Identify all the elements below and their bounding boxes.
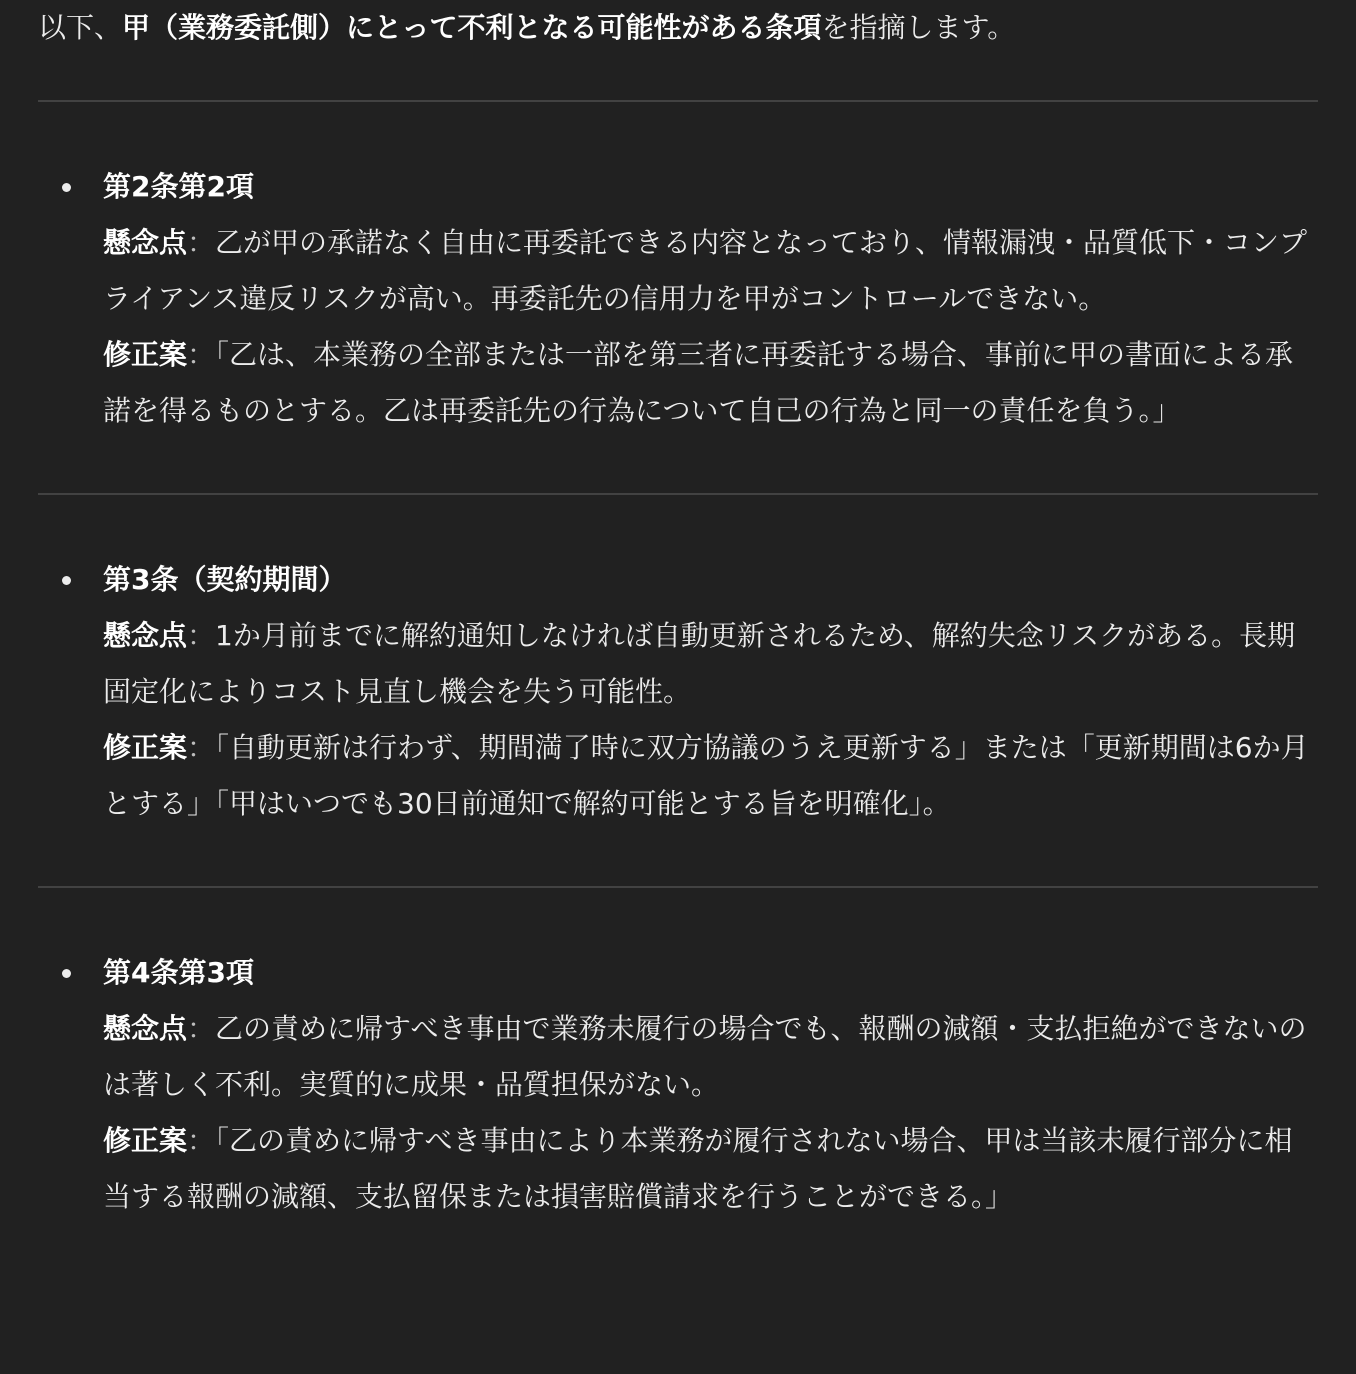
proposal-label: 修正案 xyxy=(103,338,187,371)
intro-suffix: を指摘します。 xyxy=(821,11,1015,44)
clause-item-3: 第4条第3項 懸念点：乙の責めに帰すべき事由で業務未履行の場合でも、報酬の減額・… xyxy=(38,945,1318,1225)
concern-text: 1か月前までに解約通知しなければ自動更新されるため、解約失念リスクがある。長期固… xyxy=(103,619,1295,708)
concern-paragraph: 懸念点：乙の責めに帰すべき事由で業務未履行の場合でも、報酬の減額・支払拒絶ができ… xyxy=(103,1001,1318,1113)
proposal-label: 修正案 xyxy=(103,731,187,764)
bullet-icon xyxy=(62,969,71,978)
proposal-text: 「乙の責めに帰すべき事由により本業務が履行されない場合、甲は当該未履行部分に相当… xyxy=(103,1124,1292,1213)
clause-title: 第2条第2項 xyxy=(103,159,1318,215)
bullet-icon xyxy=(62,183,71,192)
intro-prefix: 以下、 xyxy=(38,11,122,44)
concern-label: 懸念点 xyxy=(103,226,187,259)
proposal-paragraph: 修正案：「自動更新は行わず、期間満了時に双方協議のうえ更新する」または「更新期間… xyxy=(103,720,1318,832)
proposal-text: 「乙は、本業務の全部または一部を第三者に再委託する場合、事前に甲の書面による承諾… xyxy=(103,338,1293,427)
bullet-icon xyxy=(62,576,71,585)
concern-label: 懸念点 xyxy=(103,1012,187,1045)
intro-emphasis: 甲（業務委託側）にとって不利となる可能性がある条項 xyxy=(122,11,821,44)
concern-text: 乙の責めに帰すべき事由で業務未履行の場合でも、報酬の減額・支払拒絶ができないのは… xyxy=(103,1012,1306,1101)
document-body: 以下、甲（業務委託側）にとって不利となる可能性がある条項を指摘します。 第2条第… xyxy=(0,0,1356,1225)
separator: ： xyxy=(187,1012,215,1045)
proposal-paragraph: 修正案：「乙は、本業務の全部または一部を第三者に再委託する場合、事前に甲の書面に… xyxy=(103,327,1318,439)
separator: ： xyxy=(187,619,215,652)
separator: ： xyxy=(187,731,215,764)
separator: ： xyxy=(187,226,215,259)
separator: ： xyxy=(187,338,215,371)
clause-title: 第4条第3項 xyxy=(103,945,1318,1001)
concern-paragraph: 懸念点：乙が甲の承諾なく自由に再委託できる内容となっており、情報漏洩・品質低下・… xyxy=(103,215,1318,327)
proposal-paragraph: 修正案：「乙の責めに帰すべき事由により本業務が履行されない場合、甲は当該未履行部… xyxy=(103,1113,1318,1225)
concern-label: 懸念点 xyxy=(103,619,187,652)
clause-title: 第3条（契約期間） xyxy=(103,552,1318,608)
clause-item-1: 第2条第2項 懸念点：乙が甲の承諾なく自由に再委託できる内容となっており、情報漏… xyxy=(38,159,1318,439)
clause-item-2: 第3条（契約期間） 懸念点：1か月前までに解約通知しなければ自動更新されるため、… xyxy=(38,552,1318,832)
intro-paragraph: 以下、甲（業務委託側）にとって不利となる可能性がある条項を指摘します。 xyxy=(38,0,1318,56)
concern-paragraph: 懸念点：1か月前までに解約通知しなければ自動更新されるため、解約失念リスクがある… xyxy=(103,608,1318,720)
concern-text: 乙が甲の承諾なく自由に再委託できる内容となっており、情報漏洩・品質低下・コンプラ… xyxy=(103,226,1307,315)
proposal-label: 修正案 xyxy=(103,1124,187,1157)
separator: ： xyxy=(187,1124,215,1157)
proposal-text: 「自動更新は行わず、期間満了時に双方協議のうえ更新する」または「更新期間は6か月… xyxy=(103,731,1309,820)
